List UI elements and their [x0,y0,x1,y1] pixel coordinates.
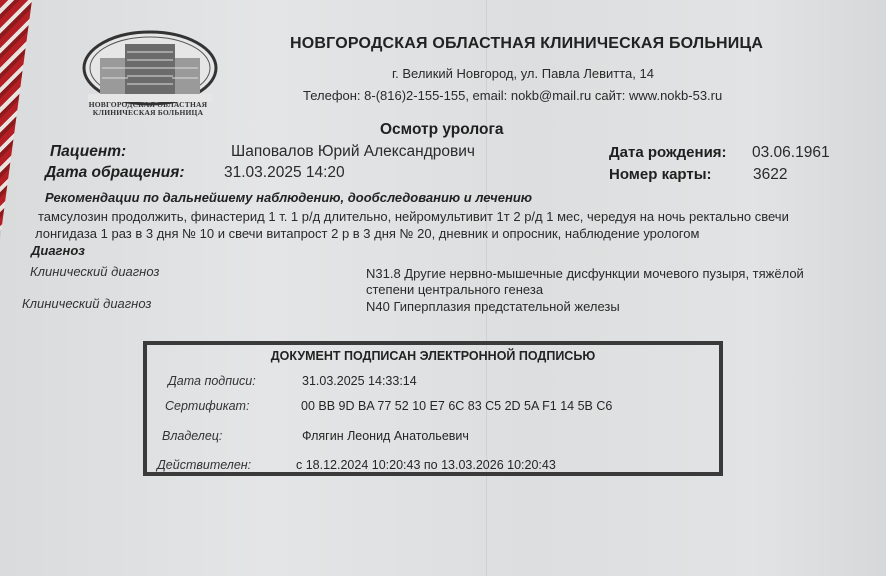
electronic-signature-box: ДОКУМЕНТ ПОДПИСАН ЭЛЕКТРОННОЙ ПОДПИСЬЮ Д… [143,341,723,476]
birth-date-label: Дата рождения: [609,144,727,161]
diagnosis-value: N31.8 Другие нервно-мышечные дисфункции … [366,266,804,281]
visit-date-value: 31.03.2025 14:20 [224,164,345,182]
diagnosis-label: Клинический диагноз [30,264,159,279]
exam-title: Осмотр уролога [380,121,504,139]
document-page: НОВГОРОДСКАЯ ОБЛАСТНАЯ КЛИНИЧЕСКАЯ БОЛЬН… [0,0,886,576]
recommendations-heading: Рекомендации по дальнейшему наблюдению, … [45,190,532,205]
recommendation-line: тамсулозин продолжить, финастерид 1 т. 1… [38,209,789,224]
logo-caption-line2: КЛИНИЧЕСКАЯ БОЛЬНИЦА [83,109,213,117]
signature-date-value: 31.03.2025 14:33:14 [302,374,417,388]
patient-name: Шаповалов Юрий Александрович [231,143,475,161]
birth-date-value: 03.06.1961 [752,144,830,162]
patient-label: Пациент: [50,143,126,161]
signature-title: ДОКУМЕНТ ПОДПИСАН ЭЛЕКТРОННОЙ ПОДПИСЬЮ [147,349,719,363]
owner-label: Владелец: [162,429,222,443]
certificate-value: 00 BB 9D BA 77 52 10 E7 6C 83 C5 2D 5A F… [301,399,612,413]
visit-date-label: Дата обращения: [45,164,185,182]
hospital-name: НОВГОРОДСКАЯ ОБЛАСТНАЯ КЛИНИЧЕСКАЯ БОЛЬН… [290,35,763,53]
diagnosis-label: Клинический диагноз [22,296,151,311]
diagnosis-value-cont: степени центрального генеза [366,282,543,297]
card-number-label: Номер карты: [609,166,712,183]
diagnosis-heading: Диагноз [31,243,85,258]
certificate-label: Сертификат: [165,399,249,413]
owner-value: Флягин Леонид Анатольевич [302,429,469,443]
hospital-address: г. Великий Новгород, ул. Павла Левитта, … [392,66,654,81]
signature-date-label: Дата подписи: [168,374,256,388]
valid-label: Действителен: [157,458,251,472]
logo-caption: НОВГОРОДСКАЯ ОБЛАСТНАЯ КЛИНИЧЕСКАЯ БОЛЬН… [83,101,213,117]
card-number-value: 3622 [753,166,787,184]
recommendation-line: лонгидаза 1 раз в 3 дня № 10 и свечи вит… [35,226,699,241]
diagnosis-value: N40 Гиперплазия предстательной железы [366,299,620,314]
valid-value: с 18.12.2024 10:20:43 по 13.03.2026 10:2… [296,458,556,472]
hospital-contacts: Телефон: 8-(816)2-155-155, email: nokb@m… [303,88,722,103]
